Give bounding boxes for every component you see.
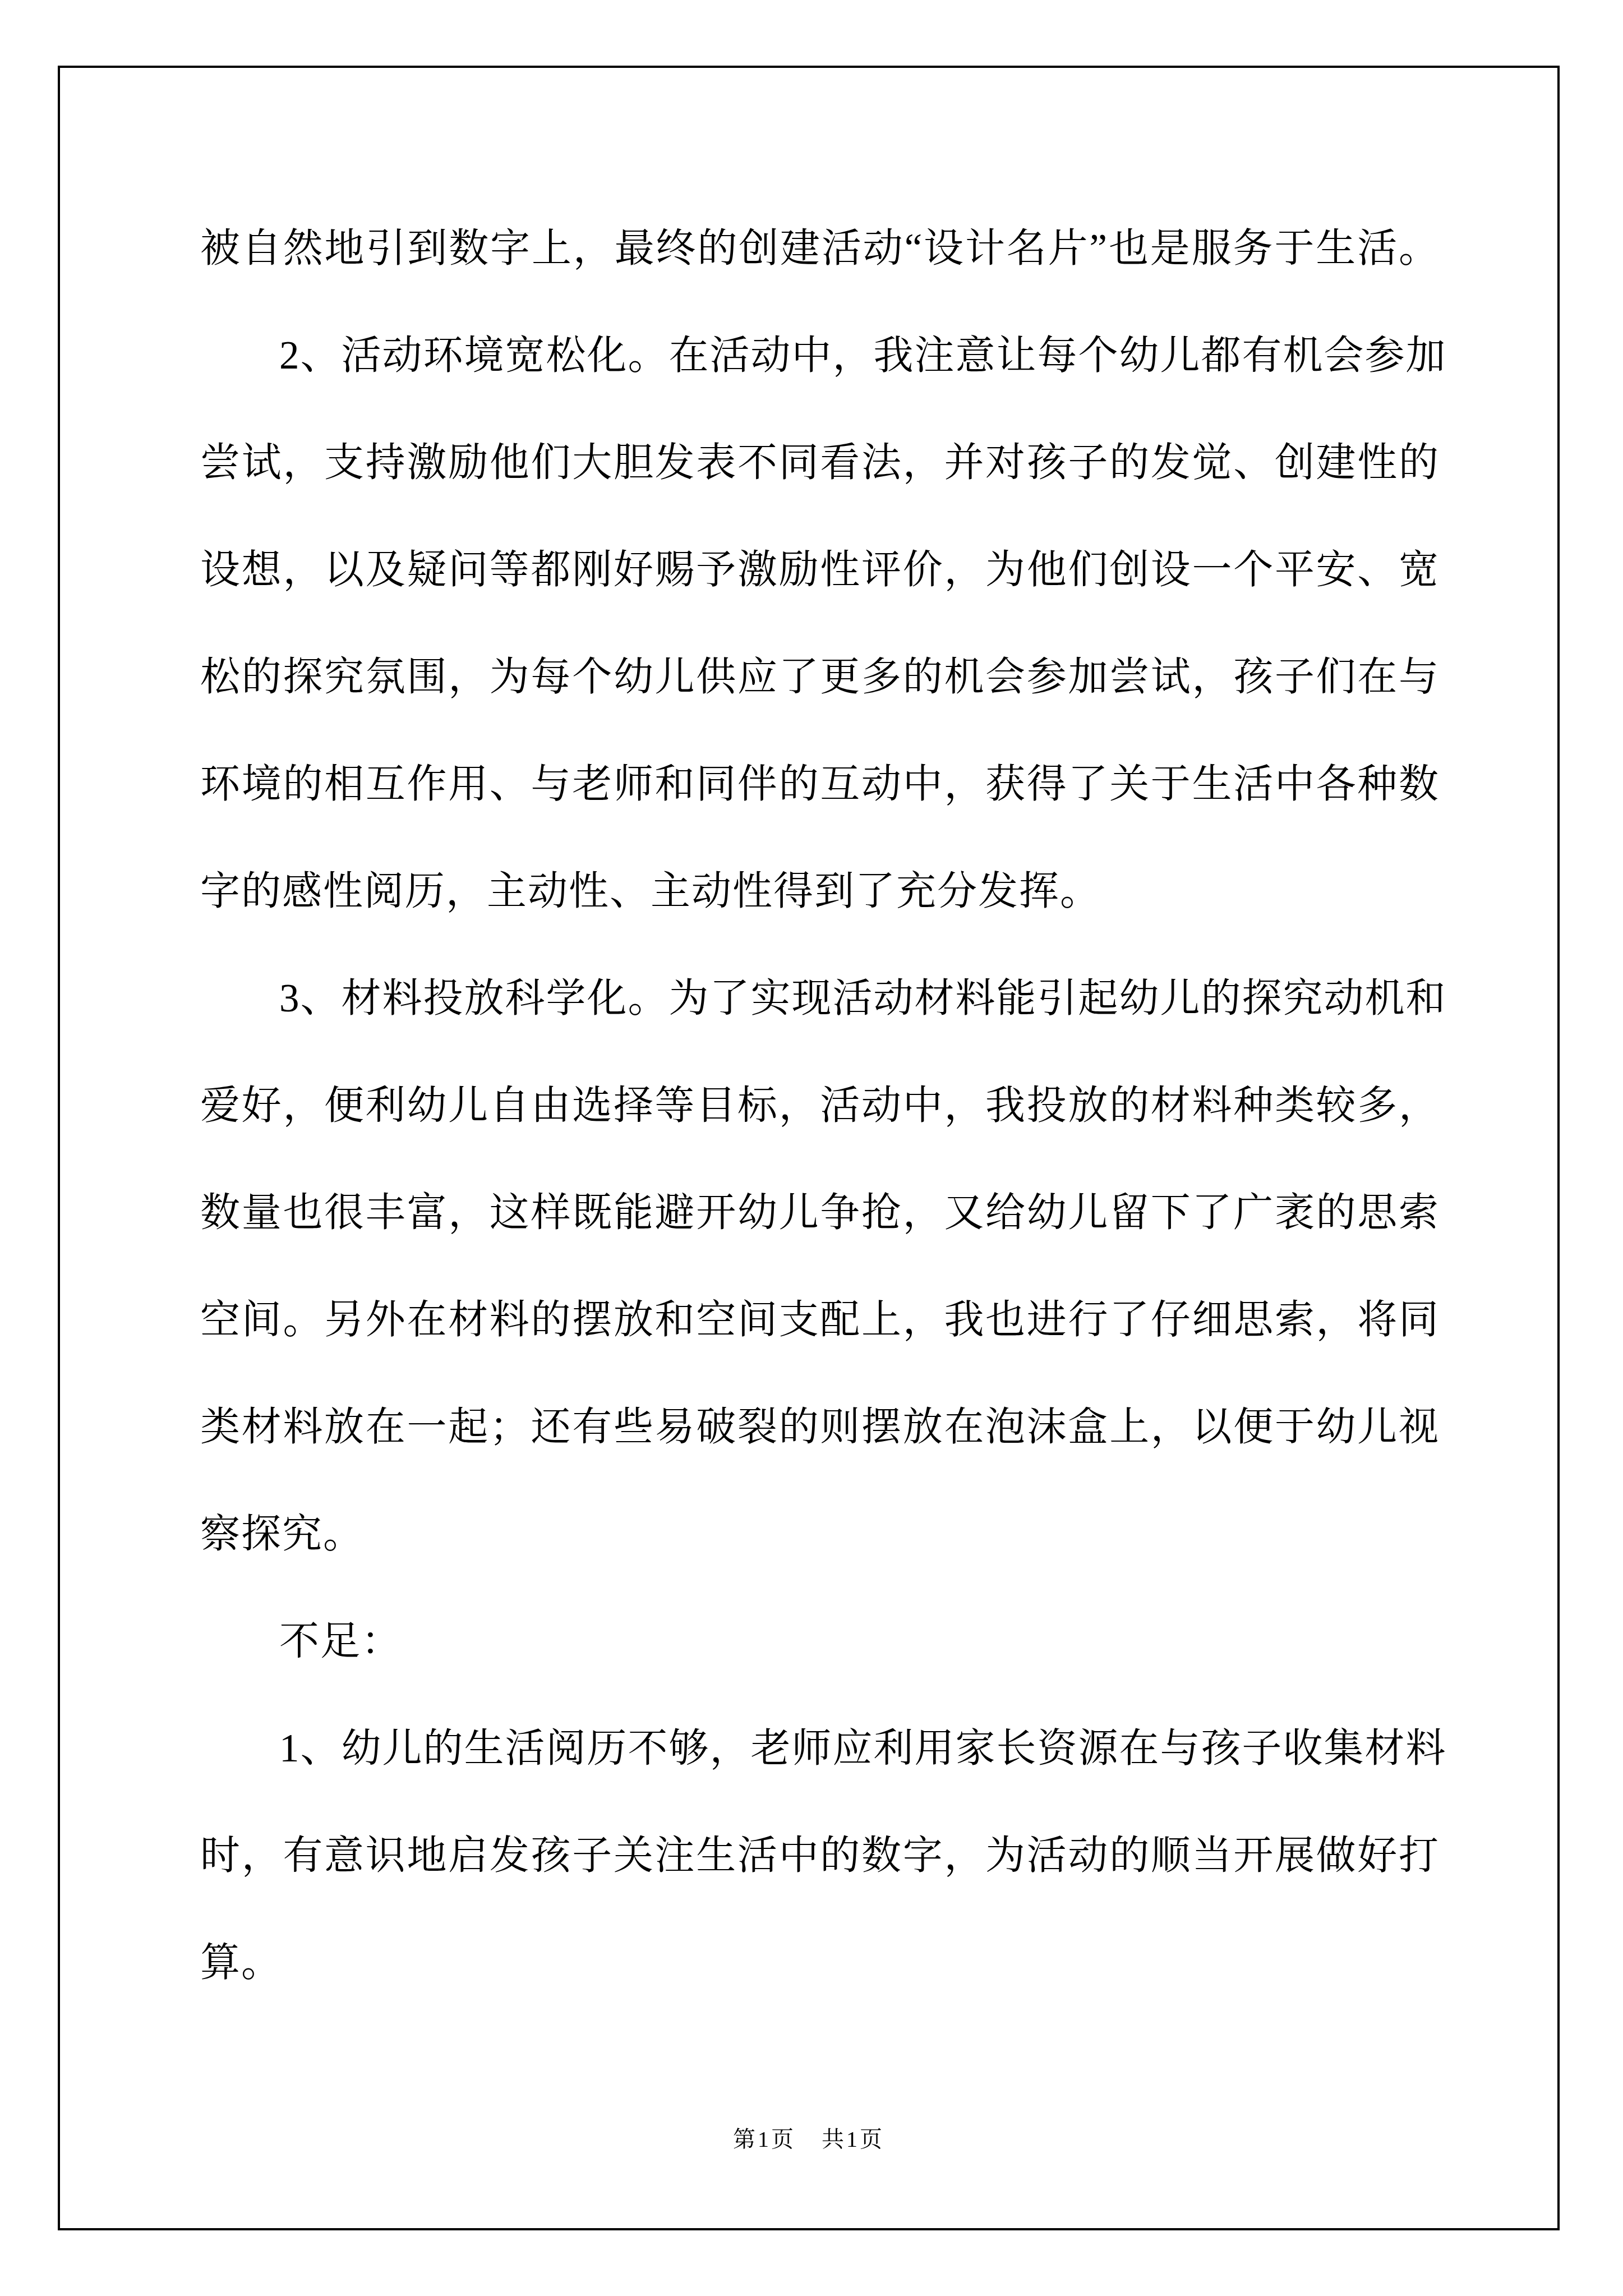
text-line: 设想，以及疑问等都刚好赐予激励性评价，为他们创设一个平安、宽 xyxy=(200,517,1440,624)
text-line: 不足： xyxy=(200,1588,1440,1695)
text-line: 算。 xyxy=(200,1910,1440,2017)
page-number: 第1页 xyxy=(733,2127,796,2152)
text-line: 字的感性阅历，主动性、主动性得到了充分发挥。 xyxy=(200,838,1440,945)
text-line: 2、活动环境宽松化。在活动中，我注意让每个幼儿都有机会参加 xyxy=(200,302,1440,409)
text-line: 类材料放在一起；还有些易破裂的则摆放在泡沫盒上，以便于幼儿视 xyxy=(200,1374,1440,1481)
text-line: 数量也很丰富，这样既能避开幼儿争抢，又给幼儿留下了广袤的思索 xyxy=(200,1159,1440,1267)
text-line: 环境的相互作用、与老师和同伴的互动中，获得了关于生活中各种数 xyxy=(200,731,1440,838)
text-line: 被自然地引到数字上，最终的创建活动“设计名片”也是服务于生活。 xyxy=(200,195,1440,302)
text-line: 时，有意识地启发孩子关注生活中的数字，为活动的顺当开展做好打 xyxy=(200,1802,1440,1910)
document-text-block: 被自然地引到数字上，最终的创建活动“设计名片”也是服务于生活。 2、活动环境宽松… xyxy=(200,195,1440,2017)
document-page: 被自然地引到数字上，最终的创建活动“设计名片”也是服务于生活。 2、活动环境宽松… xyxy=(0,0,1623,2296)
text-line: 察探究。 xyxy=(200,1481,1440,1588)
page-count: 共1页 xyxy=(822,2127,884,2152)
page-footer: 第1页共1页 xyxy=(58,2124,1560,2155)
text-line: 1、幼儿的生活阅历不够，老师应利用家长资源在与孩子收集材料 xyxy=(200,1695,1440,1802)
text-line: 松的探究氛围，为每个幼儿供应了更多的机会参加尝试，孩子们在与 xyxy=(200,624,1440,731)
text-line: 爱好，便利幼儿自由选择等目标，活动中，我投放的材料种类较多， xyxy=(200,1052,1440,1159)
text-line: 尝试，支持激励他们大胆发表不同看法，并对孩子的发觉、创建性的 xyxy=(200,409,1440,517)
text-line: 3、材料投放科学化。为了实现活动材料能引起幼儿的探究动机和 xyxy=(200,945,1440,1052)
text-line: 空间。另外在材料的摆放和空间支配上，我也进行了仔细思索，将同 xyxy=(200,1267,1440,1374)
